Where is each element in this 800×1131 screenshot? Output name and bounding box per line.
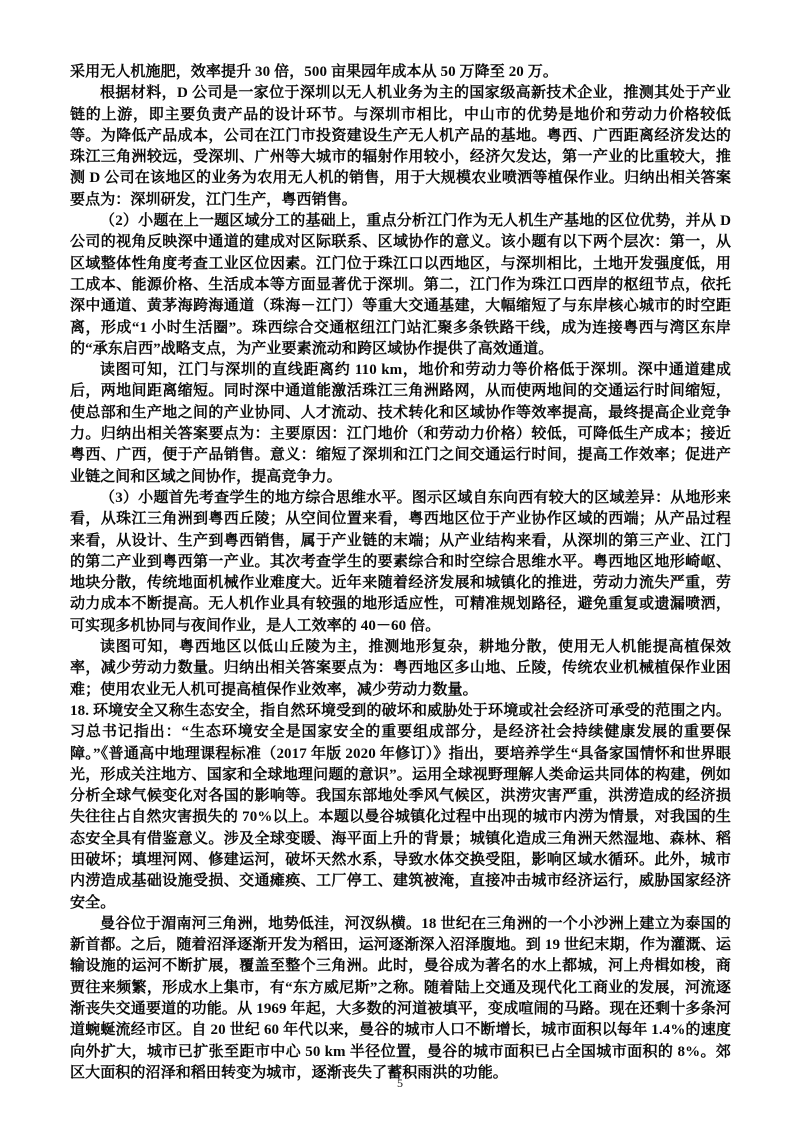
document-page: 采用无人机施肥，效率提升 30 倍，500 亩果园年成本从 50 万降至 20 … <box>0 0 800 1131</box>
page-number: 5 <box>0 1076 800 1091</box>
document-text: 采用无人机施肥，效率提升 30 倍，500 亩果园年成本从 50 万降至 20 … <box>70 62 731 1084</box>
paragraph: 读图可知，粤西地区以低山丘陵为主，推测地形复杂，耕地分散，使用无人机能提高植保效… <box>70 637 731 701</box>
paragraph: 读图可知，江门与深圳的直线距离约 110 km，地价和劳动力等价格低于深圳。深中… <box>70 360 731 488</box>
paragraph: （2）小题在上一题区域分工的基础上，重点分析江门作为无人机生产基地的区位优势，并… <box>70 211 731 360</box>
paragraph: （3）小题首先考查学生的地方综合思维水平。图示区域自东向西有较大的区域差异：从地… <box>70 488 731 637</box>
paragraph: 根据材料，D 公司是一家位于深圳以无人机业务为主的国家级高新技术企业，推测其处于… <box>70 83 731 211</box>
paragraph: 18. 环境安全又称生态安全，指自然环境受到的破坏和威胁处于环境或社会经济可承受… <box>70 701 731 914</box>
paragraph: 曼谷位于湄南河三角洲，地势低洼，河汊纵横。18 世纪在三角洲的一个小沙洲上建立为… <box>70 914 731 1084</box>
paragraph: 采用无人机施肥，效率提升 30 倍，500 亩果园年成本从 50 万降至 20 … <box>70 62 731 83</box>
